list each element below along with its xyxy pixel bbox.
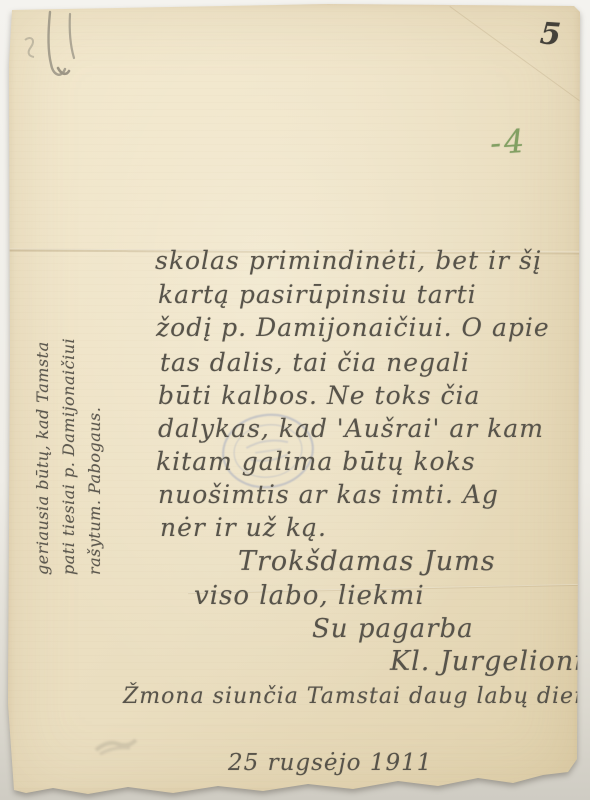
letter-line: dalykas, kad 'Aušrai' ar kam [158,416,544,441]
letter-line: žodį p. Damijonaičiui. O apie [156,315,550,340]
paper-sheet: 5 -4 geriausia būtų, kad Tamsta pati tie… [8,4,580,794]
letter-line: skolas primindinėti, bet ir šį [155,248,542,273]
closing-line: Trokšdamas Jums [238,548,496,575]
corner-crease [449,6,590,110]
margin-note-line: geriausia būtų, kad Tamsta [30,275,56,575]
letter-page: 5 -4 geriausia būtų, kad Tamsta pati tie… [8,4,580,796]
letter-line: kartą pasirūpinsiu tarti [158,282,477,307]
letter-line: būti kalbos. Ne toks čia [158,383,480,408]
margin-note: geriausia būtų, kad Tamsta pati tiesiai … [30,275,108,575]
letter-line: tas dalis, tai čia negali [160,350,470,375]
margin-note-line: rašytum. Pabogaus. [82,275,108,575]
margin-note-line: pati tiesiai p. Damijonaičiui [56,275,82,575]
letter-line: nuošimtis ar kas imti. Ag [158,482,499,507]
date-line: 25 rugsėjo 1911 [228,752,432,775]
green-archival-number: -4 [489,125,528,160]
signature: Kl. Jurgelionis [390,648,590,675]
pencil-marks-icon [38,8,98,88]
pencil-squiggle-icon [20,34,42,60]
page-number: 5 [539,19,562,50]
letter-line: nėr ir už ką. [160,515,327,540]
closing-line: viso labo, liekmi [194,583,425,609]
erased-smudge-icon [92,732,140,758]
postscript: Žmona siunčia Tamstai daug labų dienų. [123,686,590,708]
letter-line: kitam galima būtų koks [156,449,476,474]
closing-line: Su pagarba [312,616,474,642]
